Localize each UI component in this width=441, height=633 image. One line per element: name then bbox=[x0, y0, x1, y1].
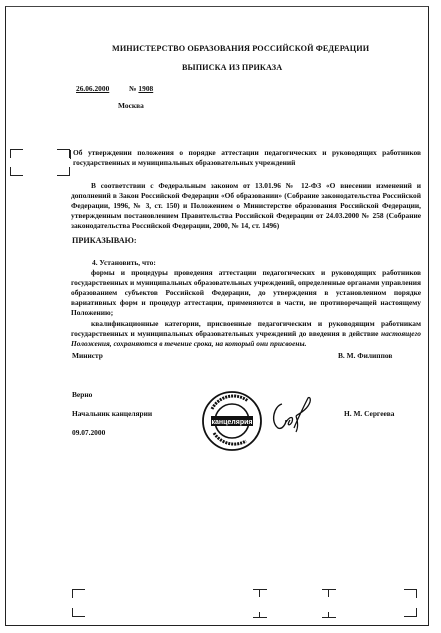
clause-paragraph-1: формы и процедуры проведения аттестации … bbox=[71, 268, 421, 318]
stamp-center-text: канцелярия bbox=[211, 419, 252, 426]
order-date-number: 26.06.2000 № 1908 bbox=[72, 84, 193, 93]
corner-mark-icon bbox=[72, 608, 85, 617]
signature-icon bbox=[268, 392, 314, 438]
corner-mark-icon bbox=[404, 608, 417, 617]
order-word: ПРИКАЗЫВАЮ: bbox=[72, 236, 137, 245]
order-number: 1908 bbox=[138, 84, 193, 93]
tee-mark-icon bbox=[322, 608, 336, 618]
office-head-name: Н. М. Сергеева bbox=[344, 409, 394, 419]
corner-mark-icon bbox=[72, 589, 85, 598]
ministry-header: МИНИСТЕРСТВО ОБРАЗОВАНИЯ РОССИЙСКОЙ ФЕДЕ… bbox=[112, 44, 369, 53]
certified-date: 09.07.2000 bbox=[72, 428, 105, 438]
corner-mark-icon bbox=[10, 149, 23, 158]
tee-mark-icon bbox=[253, 589, 267, 601]
clause-paragraph-2-text: квалификационные категории, присвоенные … bbox=[71, 319, 421, 338]
corner-mark-icon bbox=[57, 149, 70, 158]
clause-paragraph-2: квалификационные категории, присвоенные … bbox=[71, 319, 421, 349]
tee-mark-icon bbox=[253, 608, 267, 618]
city: Москва bbox=[118, 101, 144, 110]
certified-label: Верно bbox=[72, 390, 92, 400]
document-title: ВЫПИСКА ИЗ ПРИКАЗА bbox=[182, 63, 282, 72]
corner-mark-icon bbox=[10, 167, 23, 176]
office-head-title: Начальник канцелярии bbox=[72, 409, 152, 419]
preamble-paragraph: В соответствии с Федеральным законом от … bbox=[71, 181, 421, 231]
clause-heading: 4. Установить, что: bbox=[92, 258, 156, 268]
corner-mark-icon bbox=[57, 167, 70, 176]
minister-title: Министр bbox=[72, 351, 103, 361]
official-stamp-icon: канцелярия bbox=[200, 389, 264, 453]
order-date: 26.06.2000 bbox=[72, 84, 121, 93]
subject-bracket-icon bbox=[70, 150, 71, 159]
corner-mark-icon bbox=[404, 589, 417, 598]
minister-name: В. М. Филиппов bbox=[338, 351, 392, 361]
number-label: № bbox=[129, 84, 136, 93]
order-subject: Об утверждении положения о порядке аттес… bbox=[73, 148, 421, 168]
tee-mark-icon bbox=[322, 589, 336, 601]
